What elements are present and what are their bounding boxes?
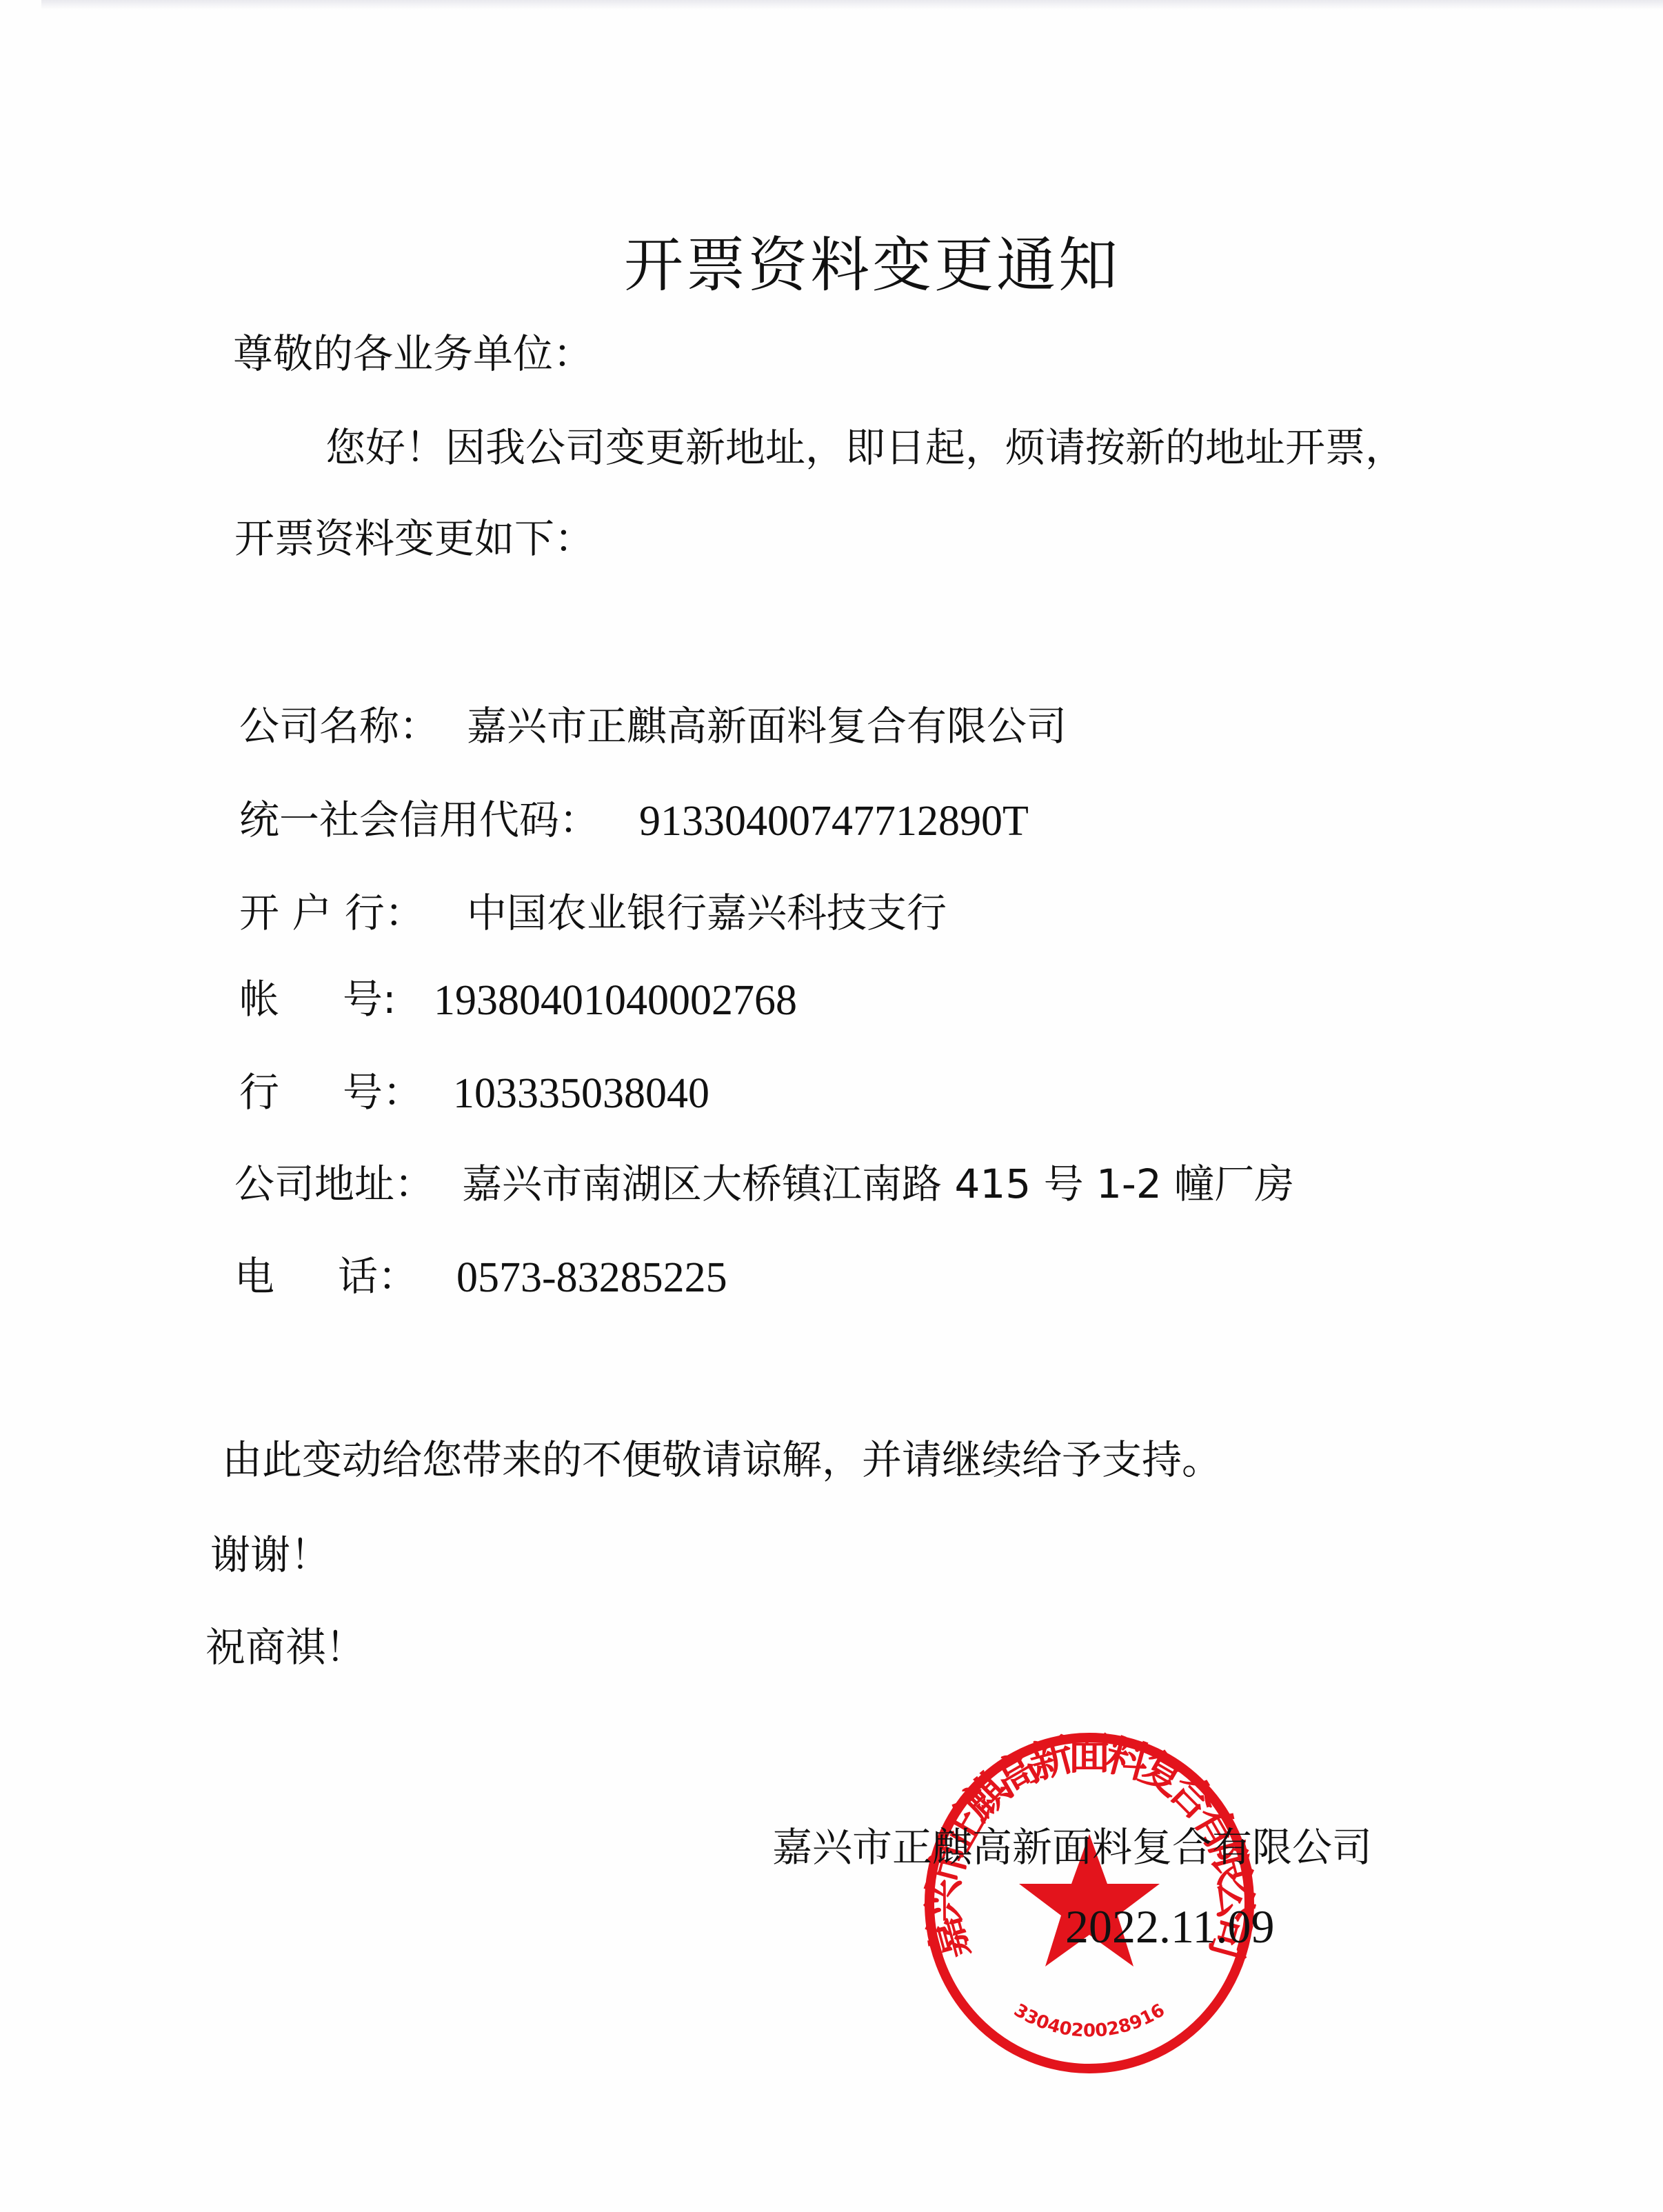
field-company-address: 公司地址： 嘉兴市南湖区大桥镇江南路 415 号 1-2 幢厂房 <box>234 1164 434 1204</box>
signature-company: 嘉兴市正麒高新面料复合有限公司 <box>772 1827 1372 1867</box>
address-value: 嘉兴市南湖区大桥镇江南路 415 号 1-2 幢厂房 <box>462 1164 1294 1204</box>
greeting: 尊敬的各业务单位： <box>233 334 593 374</box>
phone-label-last: 话： <box>338 1256 418 1296</box>
scan-edge-shadow <box>41 0 1663 10</box>
closing-line: 由此变动给您带来的不便敬请谅解，并请继续给予支持。 <box>222 1440 1222 1480</box>
signature-date: 2022.11.09 <box>1065 1903 1274 1950</box>
field-credit-code: 统一社会信用代码： 91330400747712890T <box>239 800 599 840</box>
document-title: 开票资料变更通知 <box>624 217 1120 303</box>
field-phone: 电 话： 0573-83285225 <box>234 1256 274 1296</box>
bank-value: 中国农业银行嘉兴科技支行 <box>467 893 947 933</box>
address-label: 公司地址： <box>234 1164 434 1204</box>
account-label-first: 帐 <box>239 979 279 1019</box>
bank-number-label-first: 行 <box>239 1072 279 1112</box>
bank-number-value: 103335038040 <box>453 1072 709 1115</box>
bank-number-label-last: 号： <box>343 1072 423 1112</box>
company-name-value: 嘉兴市正麒高新面料复合有限公司 <box>467 706 1067 746</box>
phone-value: 0573-83285225 <box>456 1256 727 1299</box>
regards-line: 祝商祺！ <box>205 1627 365 1667</box>
credit-code-label: 统一社会信用代码： <box>239 800 599 840</box>
thanks-line: 谢谢！ <box>210 1535 330 1575</box>
phone-label-first: 电 <box>234 1256 274 1296</box>
stamp-number: 3304020028916 <box>1010 2000 1169 2041</box>
intro-paragraph-line-2: 开票资料变更如下： <box>234 519 594 559</box>
credit-code-value: 91330400747712890T <box>639 800 1029 843</box>
field-bank-number: 行 号： 103335038040 <box>239 1072 279 1112</box>
bank-label: 开 户 行： <box>239 893 425 933</box>
intro-paragraph-line-1: 您好！因我公司变更新地址，即日起，烦请按新的地址开票， <box>325 428 1405 467</box>
account-label-last: 号: <box>343 979 396 1019</box>
document-page: 开票资料变更通知 尊敬的各业务单位： 您好！因我公司变更新地址，即日起，烦请按新… <box>0 0 1663 2212</box>
field-bank: 开 户 行： 中国农业银行嘉兴科技支行 <box>239 893 425 933</box>
company-name-label: 公司名称： <box>239 706 439 746</box>
field-account-number: 帐 号: 19380401040002768 <box>239 979 279 1019</box>
account-value: 19380401040002768 <box>434 979 797 1022</box>
field-company-name: 公司名称： 嘉兴市正麒高新面料复合有限公司 <box>239 706 439 746</box>
